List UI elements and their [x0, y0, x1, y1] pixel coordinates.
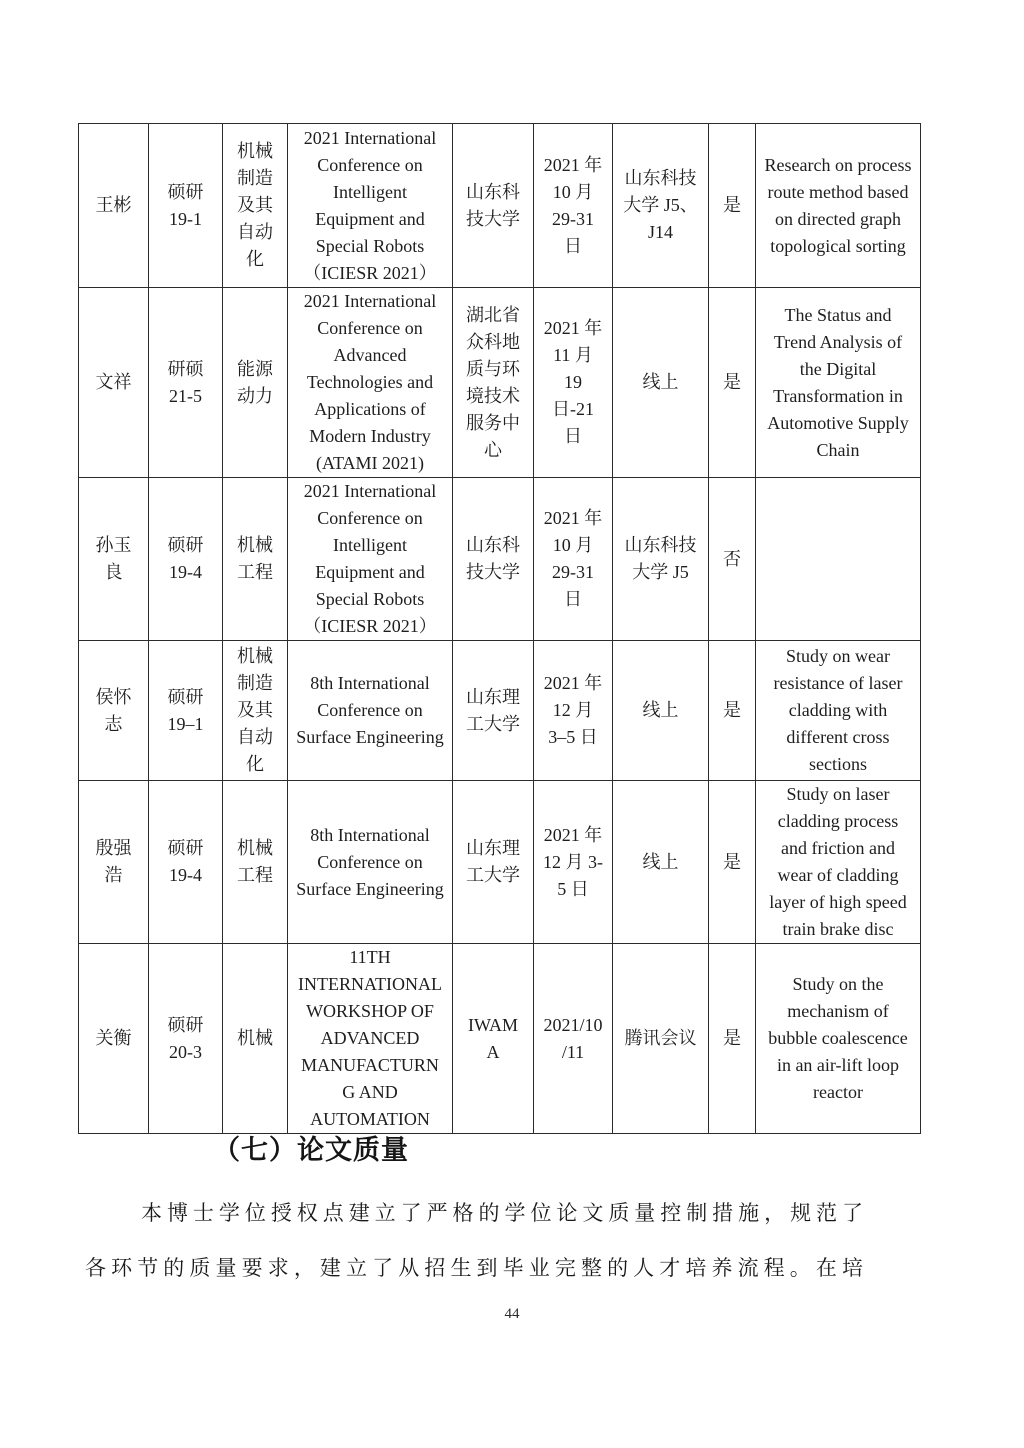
cell-organizer: 湖北省众科地质与环境技术服务中心: [453, 288, 534, 478]
cell-flag: 是: [709, 641, 756, 781]
cell-grade: 硕研 19-4: [149, 781, 223, 944]
cell-student-name: 文祥: [79, 288, 149, 478]
cell-venue: 线上: [613, 641, 709, 781]
cell-student-name: 侯怀志: [79, 641, 149, 781]
table-row: 孙玉良 硕研 19-4 机械工程 2021 International Conf…: [79, 478, 921, 641]
cell-major: 机械制造及其自动化: [223, 641, 288, 781]
cell-major: 机械工程: [223, 781, 288, 944]
paragraph-line: 各环节的质量要求，建立了从招生到毕业完整的人才培养流程。在培: [85, 1241, 863, 1296]
table-row: 文祥 研硕 21-5 能源动力 2021 International Confe…: [79, 288, 921, 478]
cell-date: 2021 年 12 月 3-5 日: [534, 781, 613, 944]
cell-organizer: 山东理工大学: [453, 641, 534, 781]
body-paragraph: 本博士学位授权点建立了严格的学位论文质量控制措施，规范了 各环节的质量要求，建立…: [85, 1186, 863, 1296]
cell-grade: 研硕 21-5: [149, 288, 223, 478]
cell-conference: 8th International Conference on Surface …: [288, 641, 453, 781]
conference-table: 王彬 硕研 19-1 机械制造及其自动化 2021 International …: [78, 123, 921, 1134]
cell-student-name: 殷强浩: [79, 781, 149, 944]
table-row: 关衡 硕研 20-3 机械 11TH INTERNATIONAL WORKSHO…: [79, 944, 921, 1134]
cell-conference: 2021 International Conference on Intelli…: [288, 124, 453, 288]
cell-date: 2021 年 10 月 29-31 日: [534, 124, 613, 288]
cell-major: 机械工程: [223, 478, 288, 641]
cell-flag: 是: [709, 124, 756, 288]
cell-grade: 硕研 19–1: [149, 641, 223, 781]
cell-student-name: 王彬: [79, 124, 149, 288]
cell-major: 机械制造及其自动化: [223, 124, 288, 288]
cell-venue: 线上: [613, 781, 709, 944]
cell-organizer: 山东科技大学: [453, 124, 534, 288]
table-row: 王彬 硕研 19-1 机械制造及其自动化 2021 International …: [79, 124, 921, 288]
cell-paper-title: The Status and Trend Analysis of the Dig…: [756, 288, 921, 478]
cell-conference: 11TH INTERNATIONAL WORKSHOP OF ADVANCED …: [288, 944, 453, 1134]
cell-paper-title: Study on the mechanism of bubble coalesc…: [756, 944, 921, 1134]
cell-date: 2021 年 11 月 19 日-21 日: [534, 288, 613, 478]
cell-paper-title: Study on laser cladding process and fric…: [756, 781, 921, 944]
cell-grade: 硕研 19-4: [149, 478, 223, 641]
cell-conference: 8th International Conference on Surface …: [288, 781, 453, 944]
paragraph-line: 本博士学位授权点建立了严格的学位论文质量控制措施，规范了: [85, 1186, 863, 1241]
cell-paper-title: Study on wear resistance of laser claddi…: [756, 641, 921, 781]
cell-paper-title: [756, 478, 921, 641]
cell-organizer: 山东科技大学: [453, 478, 534, 641]
table-row: 殷强浩 硕研 19-4 机械工程 8th International Confe…: [79, 781, 921, 944]
document-page: 王彬 硕研 19-1 机械制造及其自动化 2021 International …: [0, 0, 1024, 1448]
cell-date: 2021 年 10 月 29-31 日: [534, 478, 613, 641]
cell-student-name: 关衡: [79, 944, 149, 1134]
section-heading: （七）论文质量: [213, 1128, 409, 1167]
page-number: 44: [0, 1306, 1024, 1323]
cell-flag: 是: [709, 781, 756, 944]
cell-venue: 山东科技大学 J5: [613, 478, 709, 641]
cell-venue: 山东科技大学 J5、J14: [613, 124, 709, 288]
cell-paper-title: Research on process route method based o…: [756, 124, 921, 288]
table-row: 侯怀志 硕研 19–1 机械制造及其自动化 8th International …: [79, 641, 921, 781]
cell-student-name: 孙玉良: [79, 478, 149, 641]
cell-major: 机械: [223, 944, 288, 1134]
cell-flag: 否: [709, 478, 756, 641]
cell-date: 2021/10/11: [534, 944, 613, 1134]
cell-grade: 硕研 19-1: [149, 124, 223, 288]
cell-major: 能源动力: [223, 288, 288, 478]
cell-venue: 腾讯会议: [613, 944, 709, 1134]
cell-venue: 线上: [613, 288, 709, 478]
cell-organizer: IWAMA: [453, 944, 534, 1134]
cell-conference: 2021 International Conference on Advance…: [288, 288, 453, 478]
cell-flag: 是: [709, 944, 756, 1134]
cell-organizer: 山东理工大学: [453, 781, 534, 944]
cell-flag: 是: [709, 288, 756, 478]
cell-date: 2021 年 12 月 3–5 日: [534, 641, 613, 781]
cell-grade: 硕研 20-3: [149, 944, 223, 1134]
cell-conference: 2021 International Conference on Intelli…: [288, 478, 453, 641]
